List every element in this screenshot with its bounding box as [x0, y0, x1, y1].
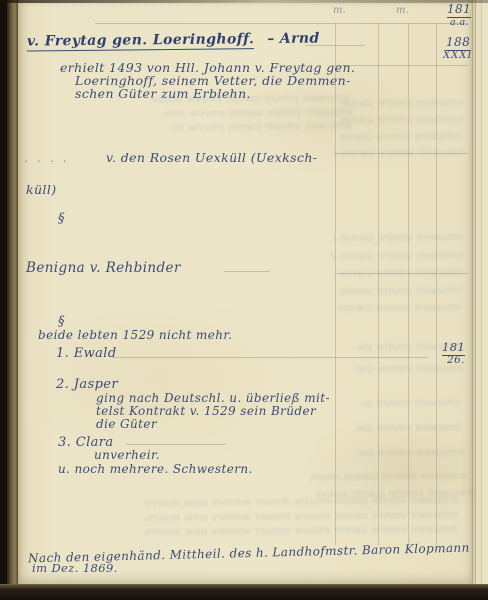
section-mark: § — [58, 314, 65, 329]
bleedthrough-line: nmuwen vmnre uwnm enuvw mnuer wnmev unw … — [355, 420, 463, 434]
folio-number: 181 — [447, 2, 471, 18]
entry-benigna: Benigna v. Rehbinder — [26, 260, 181, 276]
bleedthrough-line: nmuwen vmnre uwnm enuvw mnuer wnmev unw … — [339, 283, 463, 297]
bleedthrough-line: nmuwen vmnre uwnm enuvw mnuer wnmev unw … — [340, 95, 464, 109]
bleedthrough-line: nmuwen vmnre uwnm enuvw mnuer wnmev unw … — [310, 469, 468, 484]
child-2-name: 2. Jasper — [56, 377, 118, 392]
bleedthrough-line: nmuwen vmnre uwnm enuvw mnuer wnmev unw … — [334, 300, 462, 314]
row-rule — [126, 444, 226, 445]
section-mark: § — [58, 211, 65, 226]
bleedthrough-line: nmuwen vmnre uwnm enuvw mnuer wnmev unw … — [335, 265, 463, 279]
family-name: v. Freytag gen. Loeringhoff. — [27, 31, 254, 51]
intro-line: schen Güter zum Erblehn. — [75, 86, 251, 101]
bleedthrough-line: nmuwen vmnre uwnm enuvw mnuer wnmev unw … — [163, 105, 353, 120]
source-note-line: im Dez. 1869. — [32, 561, 118, 575]
bleedthrough-line: nmuwen vmnre uwnm enuvw mnuer wnmev unw … — [362, 395, 462, 409]
book-spine-shadow — [0, 0, 7, 600]
bleedthrough-line: nmuwen vmnre uwnm enuvw mnuer wnmev unw … — [360, 445, 464, 459]
sisters-note: u. noch mehrere. Schwestern. — [58, 462, 253, 476]
row-rule — [95, 23, 468, 24]
pencil-mark: m. — [396, 5, 409, 16]
child-3-line: unverheir. — [94, 448, 160, 462]
child-2-line: ging nach Deutschl. u. überließ mit- — [96, 391, 330, 405]
bleedthrough-line: nmuwen vmnre uwnm enuvw mnuer wnmev unw … — [330, 248, 464, 262]
child-1-name: 1. Ewald — [56, 346, 117, 361]
child-1-ref-sub: 26. — [447, 354, 465, 366]
bleedthrough-line: nmuwen vmnre uwnm enuvw mnuer wnmev unw … — [340, 129, 462, 143]
child-2-line: die Güter — [96, 417, 157, 431]
book-edge-top — [0, 0, 488, 3]
bleedthrough-line: nmuwen vmnre uwnm enuvw mnuer wnmev unw … — [170, 119, 352, 134]
entry-header: v. Freytag gen. Loeringhoff. – Arnd — [27, 30, 320, 49]
book-edge-bottom — [0, 584, 488, 600]
row-rule — [112, 357, 428, 358]
cross-ref-number: 188 — [446, 35, 470, 51]
given-name: – Arnd — [267, 30, 320, 47]
death-note: beide lebten 1529 nicht mehr. — [38, 328, 232, 342]
bleedthrough-line: nmuwen vmnre uwnm enuvw mnuer wnmev unw … — [333, 145, 465, 159]
scanned-register-page: nmuwen vmnre uwnm enuvw mnuer wnmev unw … — [0, 0, 488, 600]
child-2-line: telst Kontrakt v. 1529 sein Brüder — [96, 404, 316, 418]
pencil-mark: m. — [333, 5, 346, 16]
bleedthrough-line: nmuwen vmnre uwnm enuvw mnuer wnmev unw … — [336, 112, 464, 126]
ellipsis-dots: · · · · — [24, 155, 69, 168]
book-spine — [7, 0, 18, 600]
cross-ref-sub: XXXI — [443, 50, 472, 61]
spouse-line-cont: küll) — [26, 182, 57, 197]
spouse-line: v. den Rosen Uexküll (Uexksch- — [106, 150, 317, 165]
folio-sub: a.a. — [450, 17, 469, 28]
dash-rule — [224, 271, 270, 272]
bleedthrough-line: nmuwen vmnre uwnm enuvw mnuer wnmev unw … — [334, 230, 464, 244]
